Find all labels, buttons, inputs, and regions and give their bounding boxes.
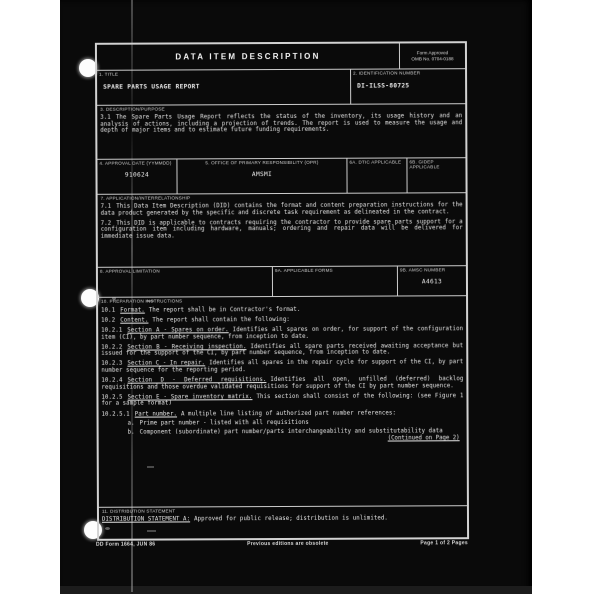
section-description-label: 3. DESCRIPTION/PURPOSE [100, 105, 462, 112]
prep-paragraph-7: 10.2.5Section E - Spare inventory matrix… [101, 393, 463, 408]
application-paragraph-1: 7.1This Data Item Description (DID) cont… [101, 202, 463, 217]
section-application-label: 7. APPLICATION/INTERRELATIONSHIP [101, 194, 463, 201]
continued-note: (Continued on Page 2) [102, 436, 464, 444]
title-id-row: 1. TITLE SPARE PARTS USAGE REPORT 2. IDE… [97, 69, 465, 106]
section-application: 7. APPLICATION/INTERRELATIONSHIP 7.1This… [98, 193, 466, 268]
field-opr-label: 5. OFFICE OF PRIMARY RESPONSIBILITY (OPR… [179, 160, 344, 166]
form-title: DATA ITEM DESCRIPTION [97, 43, 399, 69]
field-id-number: 2. IDENTIFICATION NUMBER DI-ILSS-80725 [350, 69, 465, 104]
field-amsc-number: 9b. AMSC NUMBER A4613 [397, 266, 466, 295]
prep-paragraph-6: 10.2.4Section D - Deferred requisitions.… [101, 376, 463, 391]
section-description-purpose: 3. DESCRIPTION/PURPOSE 3.1The Spare Part… [97, 104, 465, 160]
prep-paragraph-2: 10.2Content.The report shall contain the… [101, 316, 463, 324]
prep-paragraph-1: 10.1Format.The report shall be in Contra… [101, 306, 463, 314]
form-header-row: DATA ITEM DESCRIPTION Form Approved OMB … [97, 43, 465, 71]
field-title: 1. TITLE SPARE PARTS USAGE REPORT [97, 70, 350, 105]
footer-page-number: Page 1 of 2 Pages [420, 540, 468, 546]
section-preparation-label: 10. PREPARATION INSTRUCTIONS [101, 297, 463, 304]
field-id-number-value: DI-ILSS-80725 [357, 83, 463, 90]
prep-paragraph-5: 10.2.3Section C - In repair.Identifies a… [101, 360, 463, 375]
section-distribution-statement: 11. DISTRIBUTION STATEMENT DISTRIBUTION … [99, 506, 467, 539]
prep-paragraph-4: 10.2.2Section B - Receiving inspection.I… [101, 343, 463, 358]
field-id-number-label: 2. IDENTIFICATION NUMBER [353, 70, 463, 76]
did-form: DATA ITEM DESCRIPTION Form Approved OMB … [95, 41, 469, 541]
field-amsc-number-value: A4613 [400, 279, 464, 286]
footer-obsolete-note: Previous editions are obsolete [247, 541, 329, 547]
field-opr: 5. OFFICE OF PRIMARY RESPONSIBILITY (OPR… [176, 159, 346, 194]
field-amsc-number-label: 9b. AMSC NUMBER [400, 267, 464, 273]
field-gidep-applicable: 6b. GIDEP APPLICABLE [406, 158, 465, 192]
field-approval-date: 4. APPROVAL DATE (YYMMDD) 910624 [97, 159, 176, 193]
section-distribution-label: 11. DISTRIBUTION STATEMENT [102, 507, 464, 514]
field-approval-date-value: 910624 [99, 172, 174, 179]
section-preparation-instructions: 10. PREPARATION INSTRUCTIONS 10.1Format.… [98, 296, 467, 508]
prep-subitem-a: a.Prime part number - listed with all re… [128, 419, 464, 427]
field-applicable-forms-label: 9a. APPLICABLE FORMS [275, 268, 395, 274]
limitation-forms-row: 8. APPROVAL LIMITATION 9a. APPLICABLE FO… [98, 266, 466, 298]
form-approved-line2: OMB No. 0704-0188 [411, 56, 453, 62]
field-dtic-applicable: 6a. DTIC APPLICABLE [346, 158, 406, 192]
field-dtic-label: 6a. DTIC APPLICABLE [349, 159, 404, 165]
field-approval-date-label: 4. APPROVAL DATE (YYMMDD) [99, 160, 174, 166]
field-opr-value: AMSMI [179, 171, 344, 179]
field-title-value: SPARE PARTS USAGE REPORT [103, 83, 348, 91]
field-approval-limitation: 8. APPROVAL LIMITATION [98, 267, 272, 297]
form-approved-block: Form Approved OMB No. 0704-0188 [399, 43, 465, 68]
application-paragraph-2: 7.2This DID is applicable to contracts r… [101, 219, 463, 240]
description-paragraph: 3.1The Spare Parts Usage Report reflects… [100, 113, 462, 134]
field-approval-limitation-label: 8. APPROVAL LIMITATION [100, 268, 270, 274]
prep-paragraph-8: 10.2.5.1Part number.A multiple line list… [102, 410, 464, 418]
field-applicable-forms: 9a. APPLICABLE FORMS [272, 266, 397, 296]
field-gidep-label: 6b. GIDEP APPLICABLE [409, 159, 463, 170]
footer-form-number: DD Form 1664, JUN 86 [96, 542, 155, 548]
approval-opr-row: 4. APPROVAL DATE (YYMMDD) 910624 5. OFFI… [97, 158, 465, 195]
prep-paragraph-3: 10.2.1Section A - Spares on order.Identi… [101, 326, 463, 341]
distribution-statement: DISTRIBUTION STATEMENT A:Approved for pu… [102, 516, 464, 524]
field-title-label: 1. TITLE [99, 71, 348, 77]
